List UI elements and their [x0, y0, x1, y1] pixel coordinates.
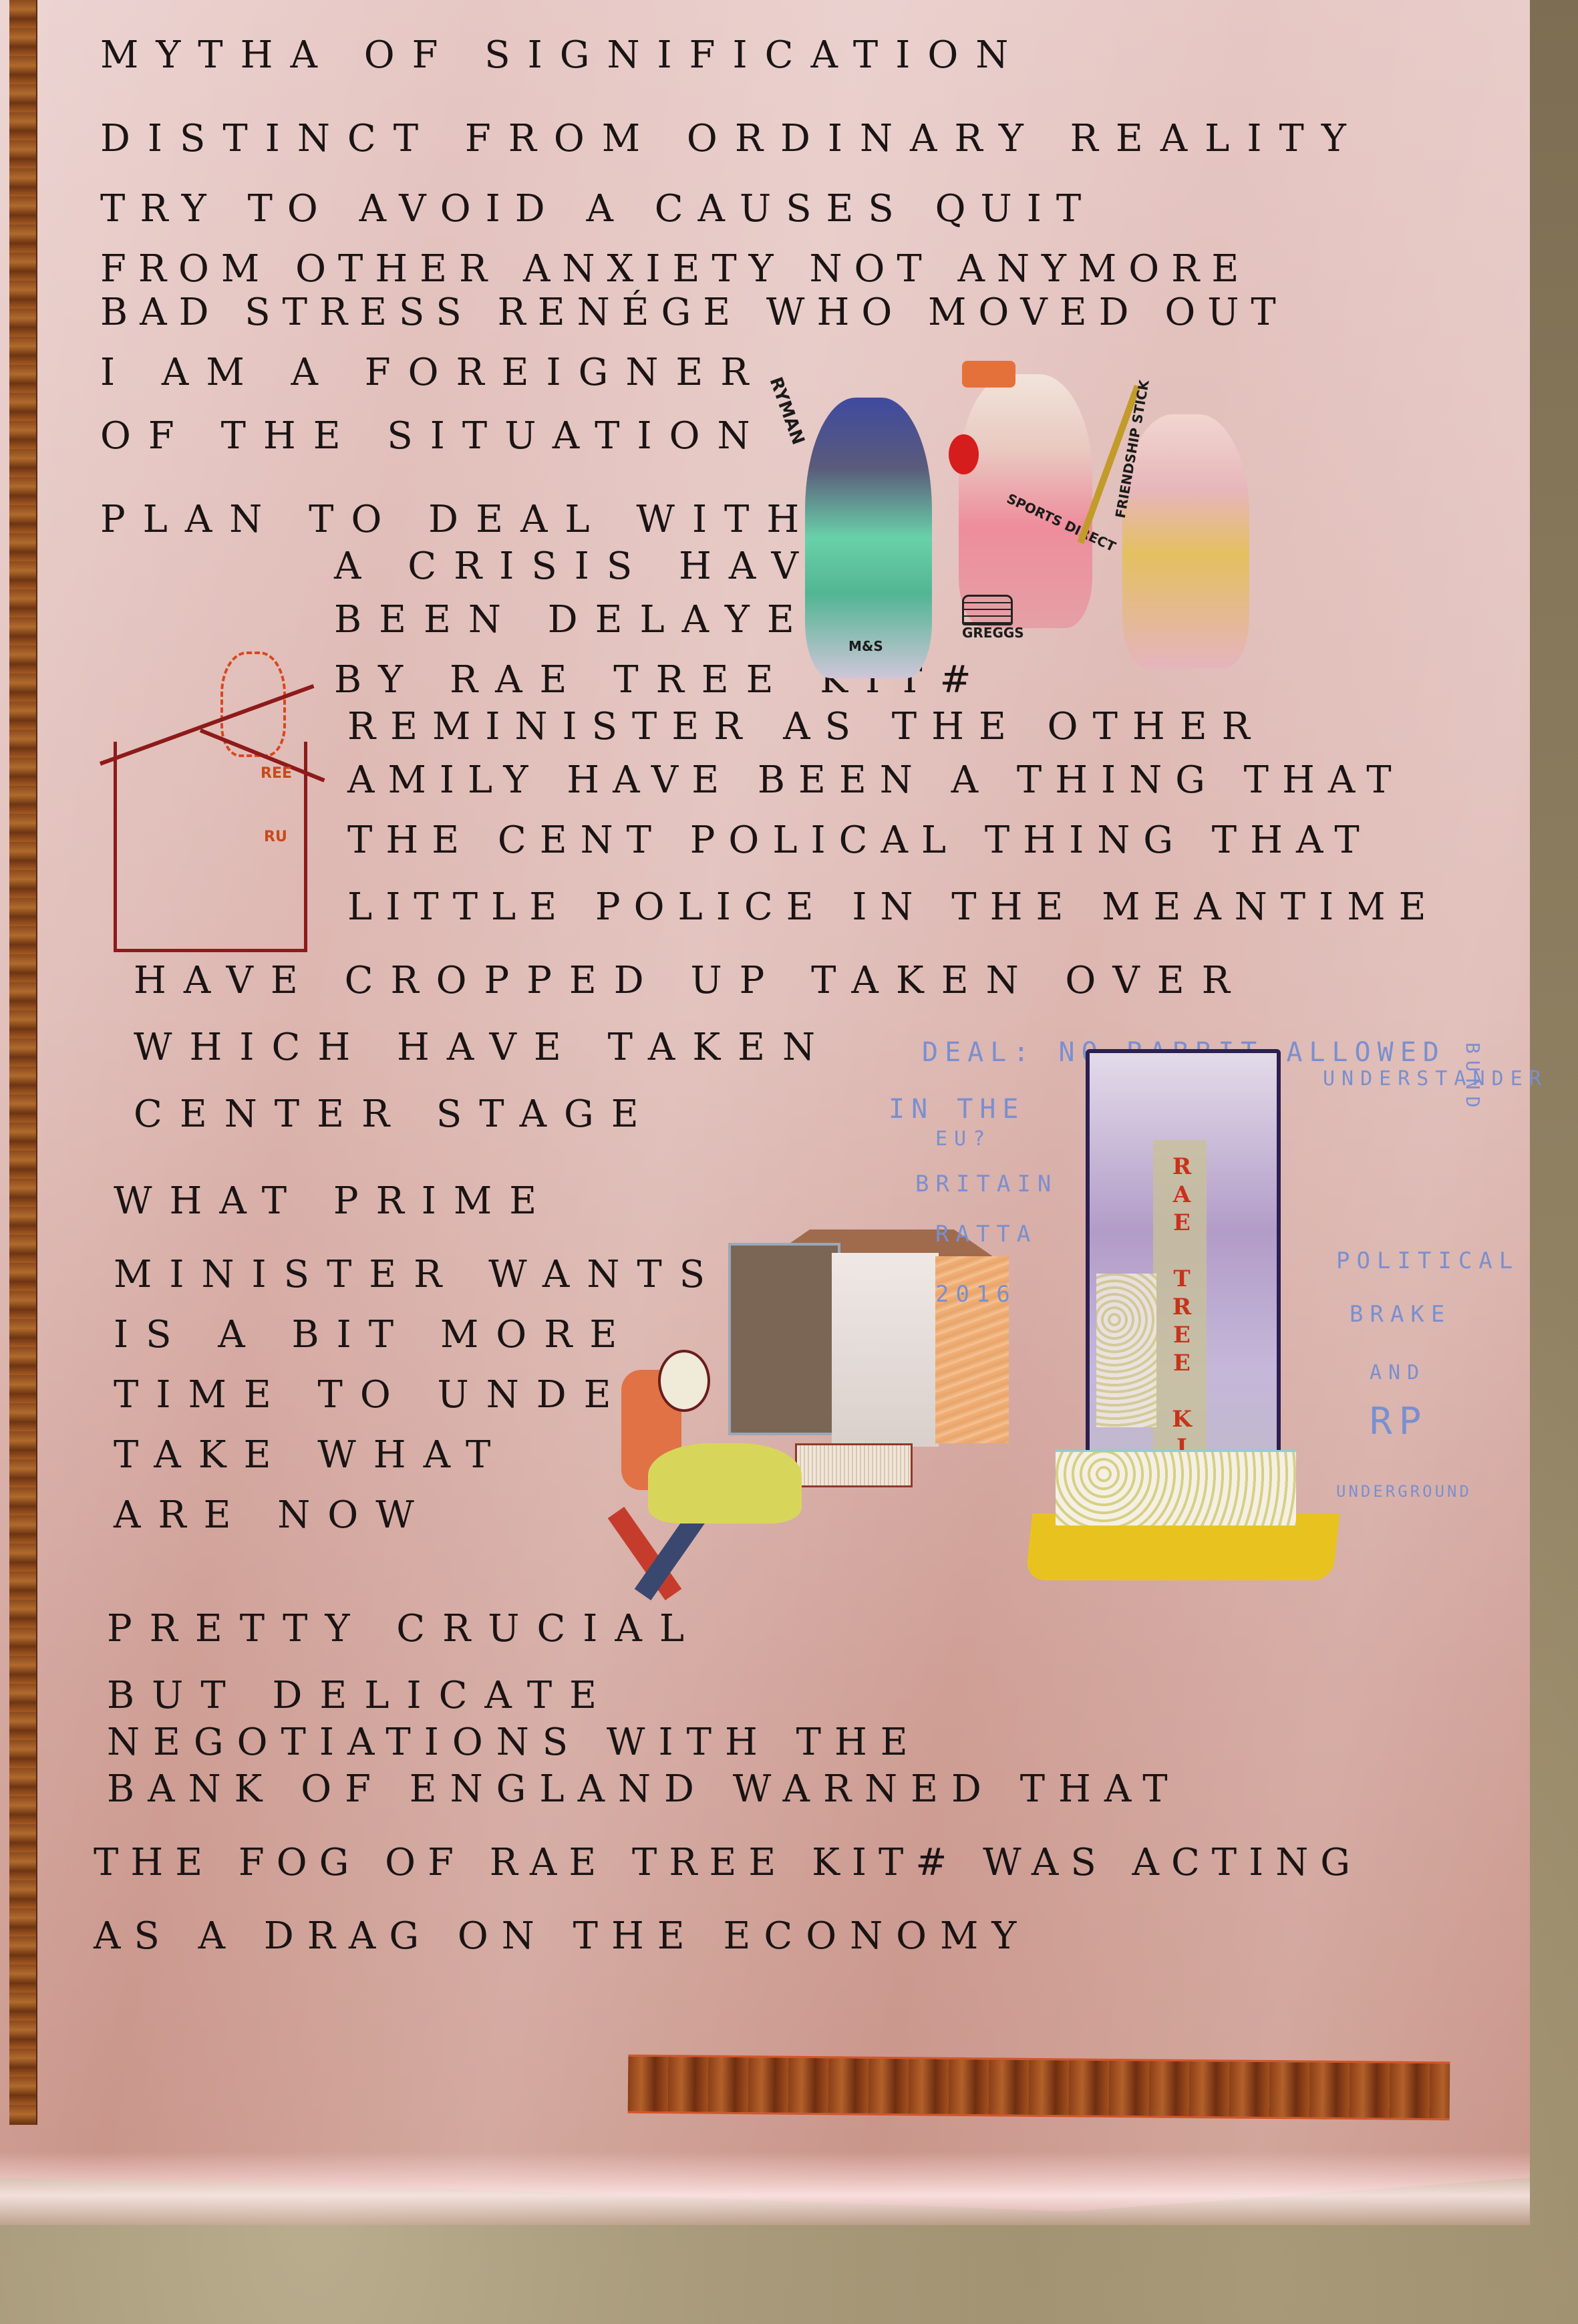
text-line: BANK OF ENGLAND WARNED THAT [107, 1771, 1181, 1808]
text-line: THE CENT POLICAL THING THAT [347, 822, 1373, 859]
text-line: WHICH HAVE TAKEN [134, 1029, 832, 1066]
blue-annotation: POLITICAL [1336, 1250, 1519, 1272]
text-line: PLAN TO DEAL WITH [100, 501, 816, 539]
canvas-grid-base [795, 1443, 913, 1487]
blue-annotation: BUND [1463, 1042, 1482, 1114]
text-line: BAD STRESS RENÉGE WHO MOVED OUT [100, 294, 1288, 331]
text-line: FROM OTHER ANXIETY NOT ANYMORE [100, 251, 1251, 288]
text-line: DISTINCT FROM ORDINARY REALITY [100, 120, 1364, 158]
blue-annotation: RP [1370, 1403, 1428, 1441]
text-line: AS A DRAG ON THE ECONOMY [94, 1918, 1030, 1955]
text-line: TIME TO UNDER [114, 1376, 674, 1414]
figure-friendship-rabbit [1122, 414, 1249, 668]
text-line: OF THE SITUATION [100, 418, 768, 455]
text-line: I AM A FOREIGNER [100, 354, 766, 392]
text-line: TAKE WHAT [114, 1437, 508, 1474]
bottom-brocade-trim [628, 2055, 1450, 2121]
blue-annotation: UNDERSTANDER [1323, 1069, 1548, 1089]
red-bag-icon [949, 434, 979, 474]
lace-skirt [1056, 1450, 1296, 1526]
text-line: CENTER STAGE [134, 1096, 656, 1133]
greggs-label: GREGGS [962, 625, 1024, 641]
lace-window-panel: RAE TREE KIT [1086, 1049, 1281, 1505]
blue-annotation: 2016 [935, 1283, 1017, 1306]
text-line: BEEN DELAYED [334, 601, 859, 639]
text-line: HAVE CROPPED UP TAKEN OVER [134, 962, 1247, 1000]
panel-vertical-text: RAE TREE KIT [1162, 1153, 1195, 1490]
text-line: THE FOG OF RAE TREE KIT# WAS ACTING [94, 1844, 1362, 1882]
text-line: MYTHA OF SIGNIFICATION [100, 37, 1025, 74]
blue-annotation: IN THE [889, 1096, 1025, 1123]
weaving-rabbit-girl [621, 1343, 795, 1537]
carrot-bunch-icon [962, 361, 1015, 388]
text-line: PRETTY CRUCIAL [107, 1610, 701, 1648]
text-line: WHAT PRIME [114, 1183, 554, 1220]
banner-hem [0, 2152, 1530, 2225]
text-line: AMILY HAVE BEEN A THING THAT [347, 762, 1405, 799]
shrine-label-ru: RU [264, 829, 287, 845]
blue-annotation: RATTA [935, 1223, 1037, 1246]
blue-annotation: BRAKE [1350, 1303, 1451, 1326]
figure-ryman-rabbit [805, 398, 932, 678]
blue-annotation: UNDERGROUND [1336, 1483, 1472, 1499]
text-line: MINISTER WANTS [114, 1256, 722, 1294]
text-line: ARE NOW [114, 1497, 432, 1534]
left-brocade-trim [9, 0, 37, 2125]
blue-annotation: EU? [935, 1129, 991, 1149]
text-line: TRY TO AVOID A CAUSES QUIT [100, 190, 1096, 228]
greggs-pastry-icon [962, 595, 1013, 625]
text-line: BUT DELICATE [107, 1677, 614, 1715]
blue-annotation: AND [1370, 1363, 1426, 1383]
text-line: NEGOTIATIONS WITH THE [107, 1724, 921, 1761]
text-line: A CRISIS HAVE [334, 548, 860, 585]
lace-patch [1096, 1274, 1156, 1427]
skirt [648, 1443, 802, 1523]
blue-annotation: BRITAIN [915, 1173, 1058, 1195]
rabbit-face [658, 1350, 710, 1412]
text-line: REMINISTER AS THE OTHER [347, 708, 1265, 746]
shrine-label-ree: REE [261, 765, 292, 782]
fur-patch [832, 1253, 939, 1447]
ms-label: M&S [848, 638, 883, 654]
text-line: LITTLE POLICE IN THE MEANTIME [347, 889, 1439, 926]
text-line: IS A BIT MORE [114, 1316, 634, 1354]
